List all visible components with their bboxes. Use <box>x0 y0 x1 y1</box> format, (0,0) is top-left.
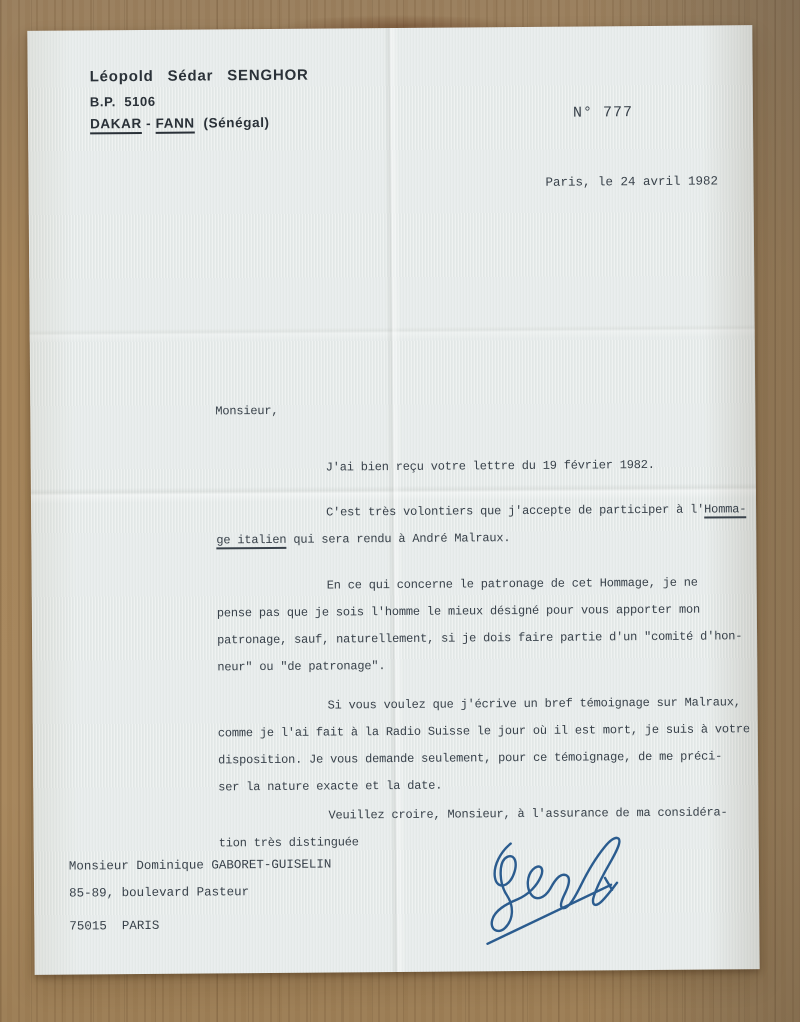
paragraph-2-underlined-homma: Homma- <box>704 502 746 516</box>
paragraph-3-line-2: pense pas que je sois l'homme le mieux d… <box>217 596 742 627</box>
recipient-name: Monsieur Dominique GABORET-GUISELIN <box>69 857 332 873</box>
paragraph-3-line-4: neur" ou "de patronage". <box>217 650 742 681</box>
paragraph-1: J'ai bien reçu votre lettre du 19 févrie… <box>216 452 655 482</box>
paragraph-1-line: J'ai bien reçu votre lettre du 19 févrie… <box>216 452 655 482</box>
salutation: Monsieur, <box>215 398 278 425</box>
senghor-signature-ink <box>459 818 665 960</box>
paragraph-4-line-4: ser la nature exacte et la date. <box>218 770 750 801</box>
letterhead-country: (Sénégal) <box>195 115 270 131</box>
wood-table-background: Léopold Sédar SENGHOR B.P. 5106 DAKAR - … <box>0 0 800 1022</box>
letter-document: Léopold Sédar SENGHOR B.P. 5106 DAKAR - … <box>27 25 759 975</box>
signature-name-stroke <box>491 838 620 931</box>
paragraph-2-line-2: ge italien qui sera rendu à André Malrau… <box>216 523 746 554</box>
reference-number: N° 777 <box>573 104 633 121</box>
letterhead-city-separator: - <box>142 116 156 131</box>
paragraph-4-line-1: Si vous voulez que j'écrive un bref témo… <box>218 689 750 720</box>
paragraph-4-line-3: disposition. Je vous demande seulement, … <box>218 743 750 774</box>
paragraph-3: En ce qui concerne le patronage de cet H… <box>217 569 743 681</box>
paragraph-2-line-1: C'est très volontiers que j'accepte de p… <box>216 496 746 527</box>
letterhead-city-fann: FANN <box>156 116 195 131</box>
recipient-block: Monsieur Dominique GABORET-GUISELIN 85-8… <box>27 25 752 31</box>
paragraph-4: Si vous voulez que j'écrive un bref témo… <box>218 689 751 801</box>
letterhead-city-line: DAKAR - FANN (Sénégal) <box>90 115 270 131</box>
paragraph-2-line-2-text: qui sera rendu à André Malraux. <box>286 531 510 547</box>
paragraph-2-underlined-ge-italien: ge italien <box>216 533 286 548</box>
dateline: Paris, le 24 avril 1982 <box>545 174 718 189</box>
letterhead-po-box: B.P. 5106 <box>90 94 156 110</box>
letterhead-city-dakar: DAKAR <box>90 116 142 131</box>
paragraph-4-line-2: comme je l'ai fait à la Radio Suisse le … <box>218 716 750 747</box>
letterhead-name: Léopold Sédar SENGHOR <box>90 67 309 86</box>
paragraph-3-line-3: patronage, sauf, naturellement, si je do… <box>217 623 742 654</box>
paragraph-2: C'est très volontiers que j'accepte de p… <box>216 496 747 554</box>
paragraph-3-line-1: En ce qui concerne le patronage de cet H… <box>217 569 742 600</box>
recipient-street: 85-89, boulevard Pasteur <box>69 885 249 900</box>
salutation-text: Monsieur, <box>215 398 278 425</box>
paragraph-2-line-1-text: C'est très volontiers que j'accepte de p… <box>326 503 704 520</box>
recipient-city: 75015 PARIS <box>69 919 159 934</box>
